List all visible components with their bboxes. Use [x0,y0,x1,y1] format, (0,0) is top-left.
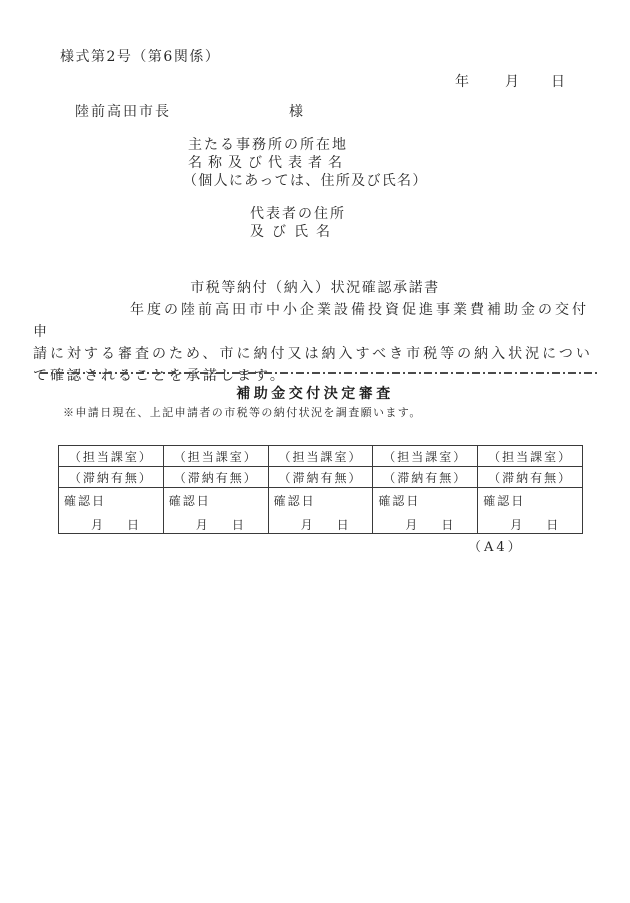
applicant-field-block: 主たる事務所の所在地 名称及び代表者名 （個人にあっては、住所及び氏名） [188,136,428,190]
document-page: 様式第2号（第6関係） 年月日 陸前高田市長様 主たる事務所の所在地 名称及び代… [0,0,630,903]
representative-field-block: 代表者の住所 及び氏名 [250,205,346,241]
department-cell: （担当課室） [163,446,268,467]
tax-check-table: （担当課室） （担当課室） （担当課室） （担当課室） （担当課室） （滞納有無… [58,445,583,534]
confirm-date-cell: 確認日 月日 [268,488,373,534]
month-day-line: 月日 [59,509,163,533]
confirm-date-label: 確認日 [269,488,373,509]
day-label: 日 [127,518,141,532]
document-title: 市税等納付（納入）状況確認承諾書 [0,277,630,297]
month-label: 月 [196,518,210,532]
department-cell: （担当課室） [373,446,478,467]
review-section-note: ※申請日現在、上記申請者の市税等の納付状況を調査願います。 [63,404,422,420]
confirm-date-label: 確認日 [478,488,582,509]
date-year-label: 年 [455,74,469,90]
representative-address-label: 代表者の住所 [250,205,346,223]
month-day-line: 月日 [478,509,582,533]
consent-paragraph-line-2: 請に対する審査のため、市に納付又は納入すべき市税等の納入状況につい [33,343,605,365]
applicant-address-label: 主たる事務所の所在地 [188,136,428,154]
confirm-date-label: 確認日 [164,488,268,509]
confirm-date-cell: 確認日 月日 [59,488,164,534]
day-label: 日 [232,518,246,532]
form-number: 様式第2号（第6関係） [60,46,220,66]
date-line: 年月日 [455,71,565,91]
dash-dot-separator [40,372,598,374]
paper-size-note: （A4） [468,536,524,555]
confirm-date-cell: 確認日 月日 [478,488,583,534]
arrears-cell: （滞納有無） [268,467,373,488]
arrears-cell: （滞納有無） [59,467,164,488]
addressee-name: 陸前高田市長 [75,104,171,120]
month-day-line: 月日 [269,509,373,533]
confirm-date-cell: 確認日 月日 [163,488,268,534]
month-day-line: 月日 [373,509,477,533]
review-section-heading: 補助金交付決定審査 [0,383,630,403]
arrears-cell: （滞納有無） [373,467,478,488]
table-row-arrears: （滞納有無） （滞納有無） （滞納有無） （滞納有無） （滞納有無） [59,467,583,488]
table-row-confirm-date: 確認日 月日 確認日 月日 確認日 月日 確認日 月日 確認日 月日 [59,488,583,534]
month-label: 月 [91,518,105,532]
date-day-label: 日 [551,74,565,90]
department-cell: （担当課室） [478,446,583,467]
day-label: 日 [441,518,455,532]
month-label: 月 [301,518,315,532]
confirm-date-label: 確認日 [373,488,477,509]
day-label: 日 [546,518,560,532]
confirm-date-cell: 確認日 月日 [373,488,478,534]
department-cell: （担当課室） [268,446,373,467]
consent-paragraph-line-1: 年度の陸前高田市中小企業設備投資促進事業費補助金の交付申 [33,299,605,343]
month-label: 月 [405,518,419,532]
representative-name-label: 及び氏名 [250,223,346,241]
month-day-line: 月日 [164,509,268,533]
arrears-cell: （滞納有無） [478,467,583,488]
confirm-date-label: 確認日 [59,488,163,509]
addressee-honorific: 様 [289,104,305,120]
addressee-line: 陸前高田市長様 [75,101,305,121]
applicant-individual-note: （個人にあっては、住所及び氏名） [183,172,428,190]
department-cell: （担当課室） [59,446,164,467]
arrears-cell: （滞納有無） [163,467,268,488]
day-label: 日 [337,518,351,532]
applicant-name-label: 名称及び代表者名 [188,154,428,172]
month-label: 月 [510,518,524,532]
table-row-department: （担当課室） （担当課室） （担当課室） （担当課室） （担当課室） [59,446,583,467]
date-month-label: 月 [505,74,519,90]
